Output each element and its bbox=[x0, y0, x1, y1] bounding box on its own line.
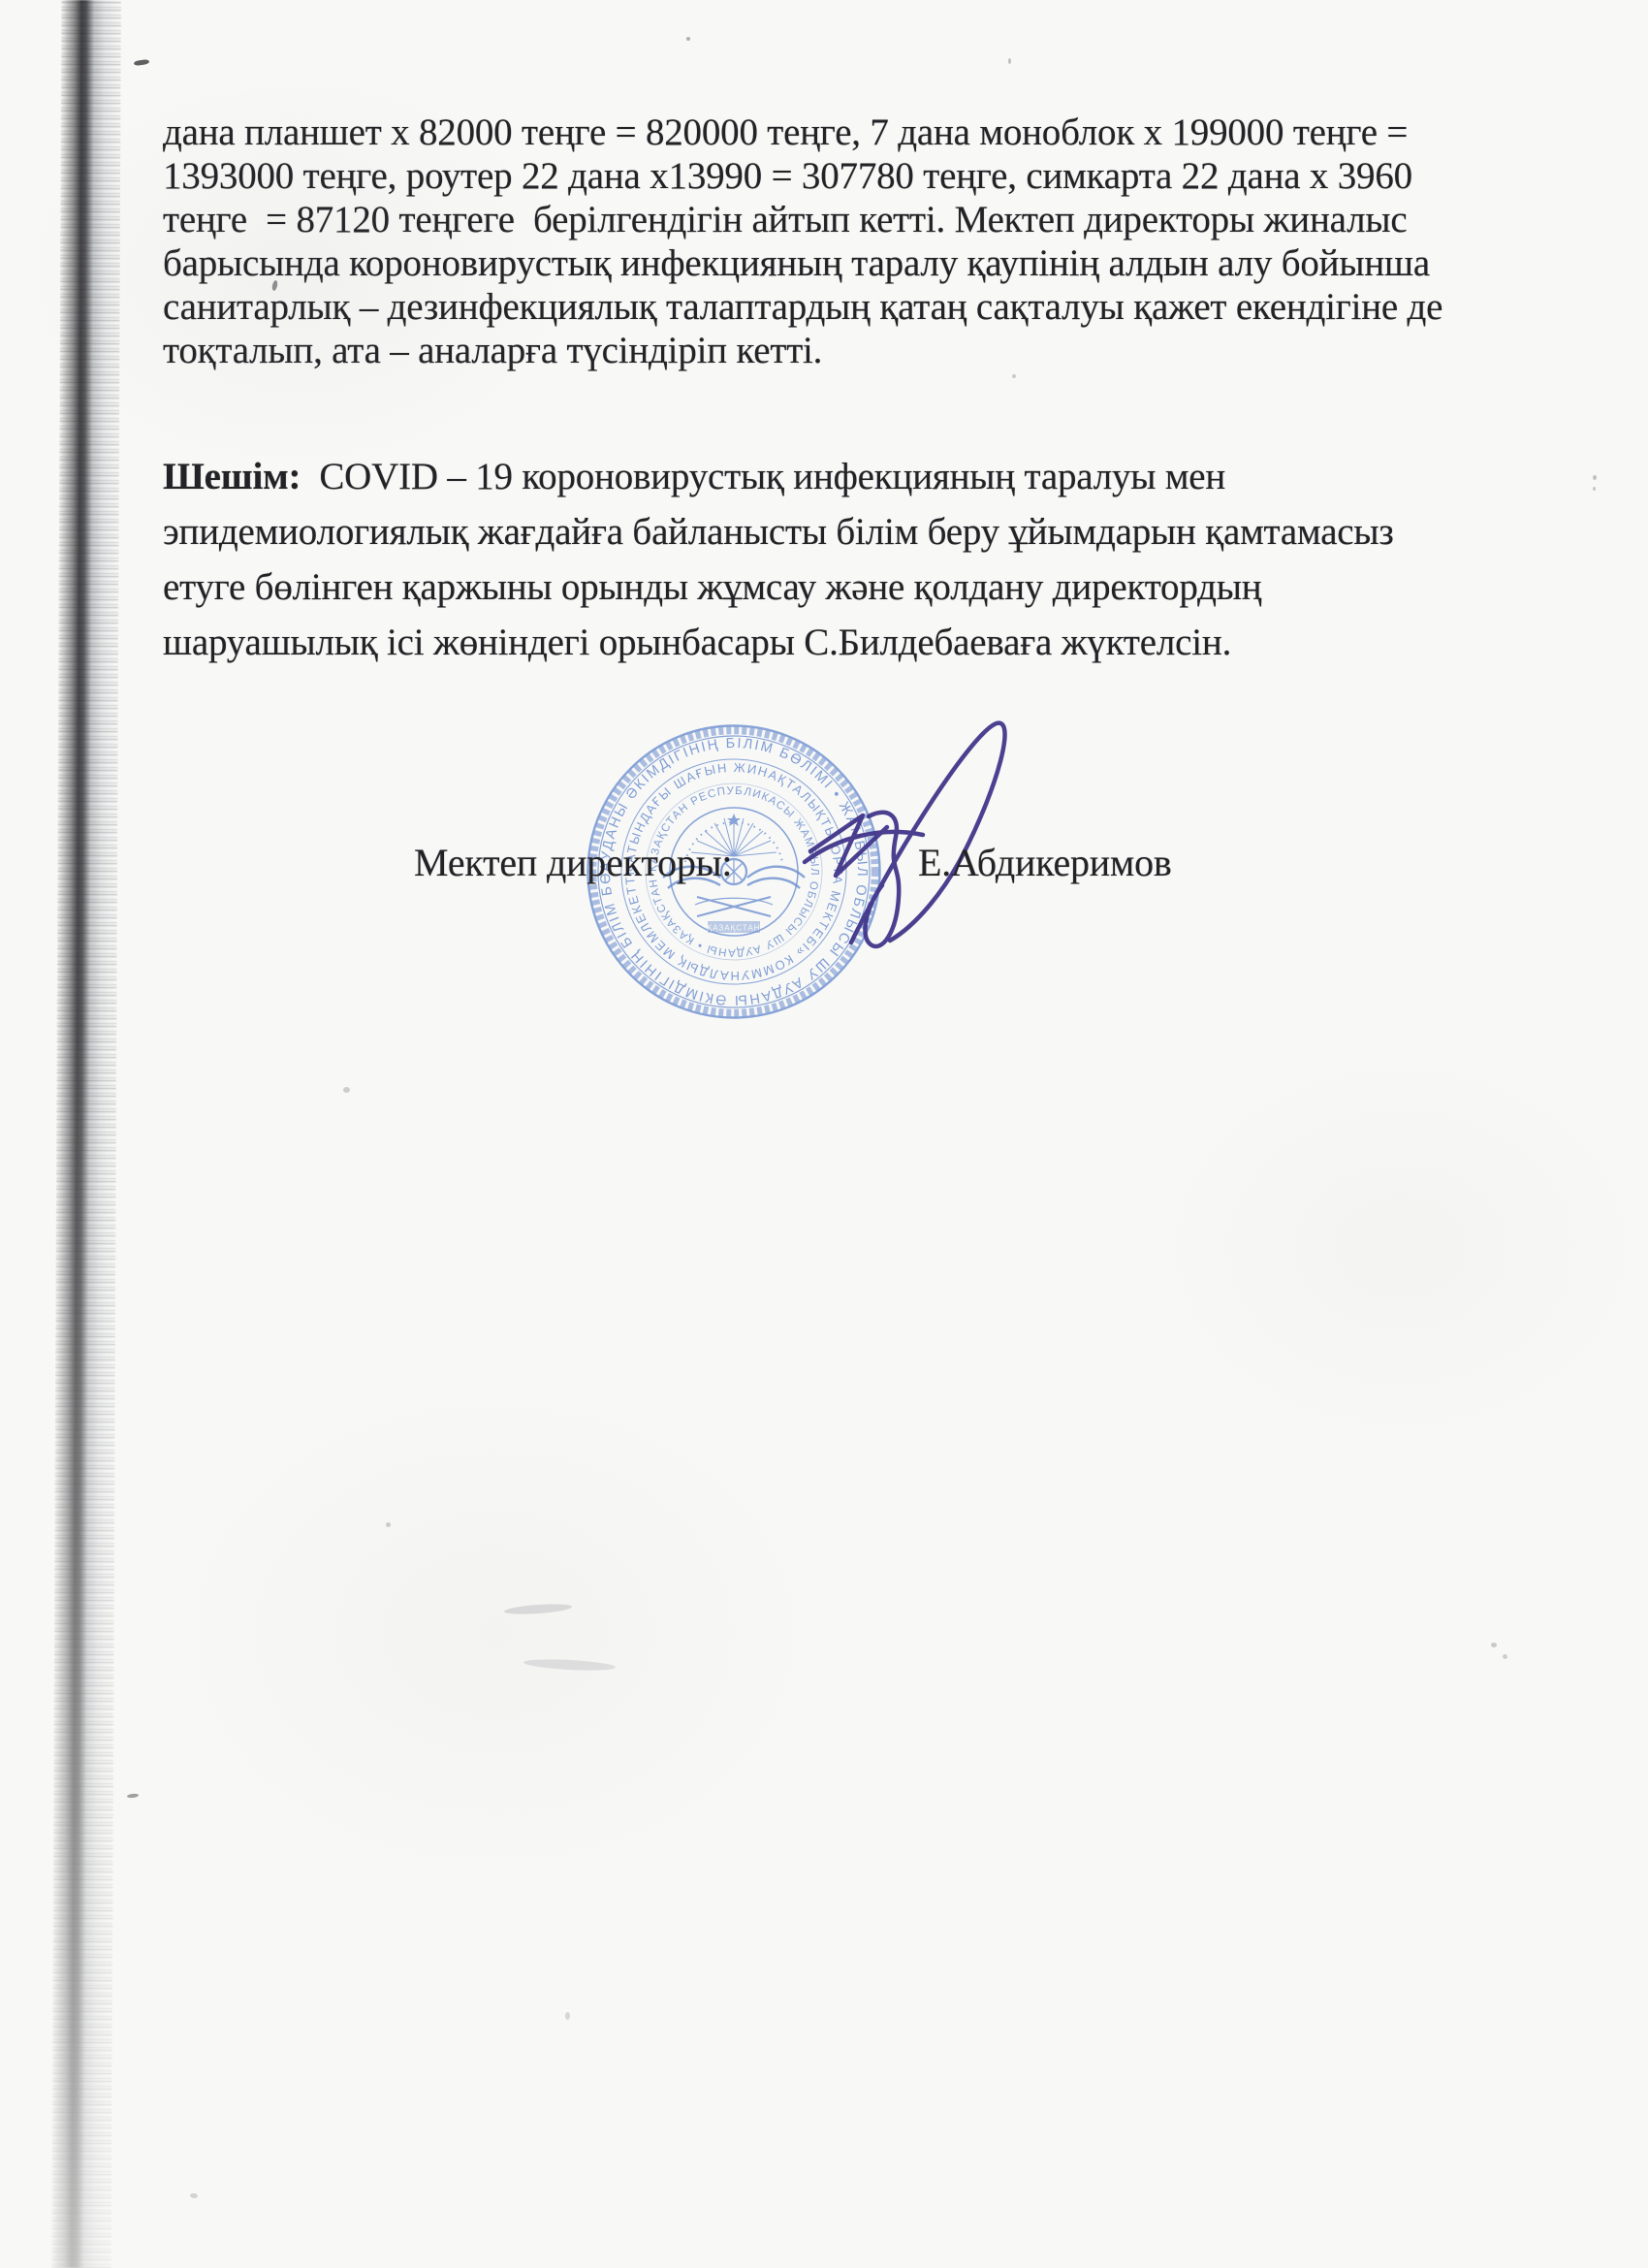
scanned-document-page: дана планшет х 82000 теңге = 820000 теңг… bbox=[0, 0, 1648, 2268]
scan-speck bbox=[686, 37, 690, 41]
signature-svg bbox=[754, 671, 1055, 991]
scan-speck bbox=[1012, 374, 1016, 378]
text-line: 1393000 теңге, роутер 22 дана х13990 = 3… bbox=[163, 154, 1442, 198]
text-line: теңге = 87120 теңгеге берілгендігін айты… bbox=[163, 198, 1442, 241]
text-line: Шешім: COVID – 19 короновирустық инфекци… bbox=[163, 449, 1394, 504]
text-line: шаруашылық ісі жөніндегі орынбасары С.Би… bbox=[163, 615, 1394, 670]
scan-speck bbox=[1593, 487, 1596, 491]
role-label: Мектеп директоры: bbox=[414, 840, 732, 885]
scan-speck bbox=[1593, 475, 1597, 480]
scan-speck bbox=[134, 59, 150, 66]
scan-smudge bbox=[504, 1603, 572, 1616]
scan-speck bbox=[565, 2012, 570, 2020]
signer-name: Е.Абдикеримов bbox=[918, 840, 1172, 885]
text-line: етуге бөлінген қаржыны орынды жұмсау жән… bbox=[163, 559, 1394, 615]
emblem-banner-label: ҚАЗАҚСТАН bbox=[708, 924, 761, 933]
text-line: дана планшет х 82000 теңге = 820000 теңг… bbox=[163, 111, 1442, 154]
text-line: тоқталып, ата – аналарға түсіндіріп кетт… bbox=[163, 329, 1442, 372]
scan-smudge bbox=[523, 1658, 616, 1673]
scan-speck bbox=[127, 1793, 139, 1798]
scanner-artifact-band bbox=[51, 0, 121, 2268]
text-line: санитарлық – дезинфекциялық талаптардың … bbox=[163, 285, 1442, 329]
signature-ink bbox=[754, 671, 1055, 991]
text-line: эпидемиологиялық жағдайға байланысты біл… bbox=[163, 504, 1394, 559]
scan-speck bbox=[343, 1087, 350, 1093]
decision-label: Шешім: bbox=[163, 456, 301, 497]
scan-speck bbox=[1491, 1643, 1497, 1647]
decision-line-text: COVID – 19 короновирустық инфекцияның та… bbox=[301, 456, 1225, 497]
scan-speck bbox=[1503, 1654, 1507, 1659]
scan-speck bbox=[1008, 58, 1011, 64]
paragraph-payment-details: дана планшет х 82000 теңге = 820000 теңг… bbox=[163, 111, 1442, 372]
scan-speck bbox=[190, 2192, 199, 2198]
paragraph-decision: Шешім: COVID – 19 короновирустық инфекци… bbox=[163, 449, 1394, 670]
scan-speck bbox=[386, 1522, 391, 1527]
text-line: барысында короновирустық инфекцияның тар… bbox=[163, 241, 1442, 285]
signature-row: Мектеп директоры: Е.Абдикеримов bbox=[0, 840, 1648, 890]
